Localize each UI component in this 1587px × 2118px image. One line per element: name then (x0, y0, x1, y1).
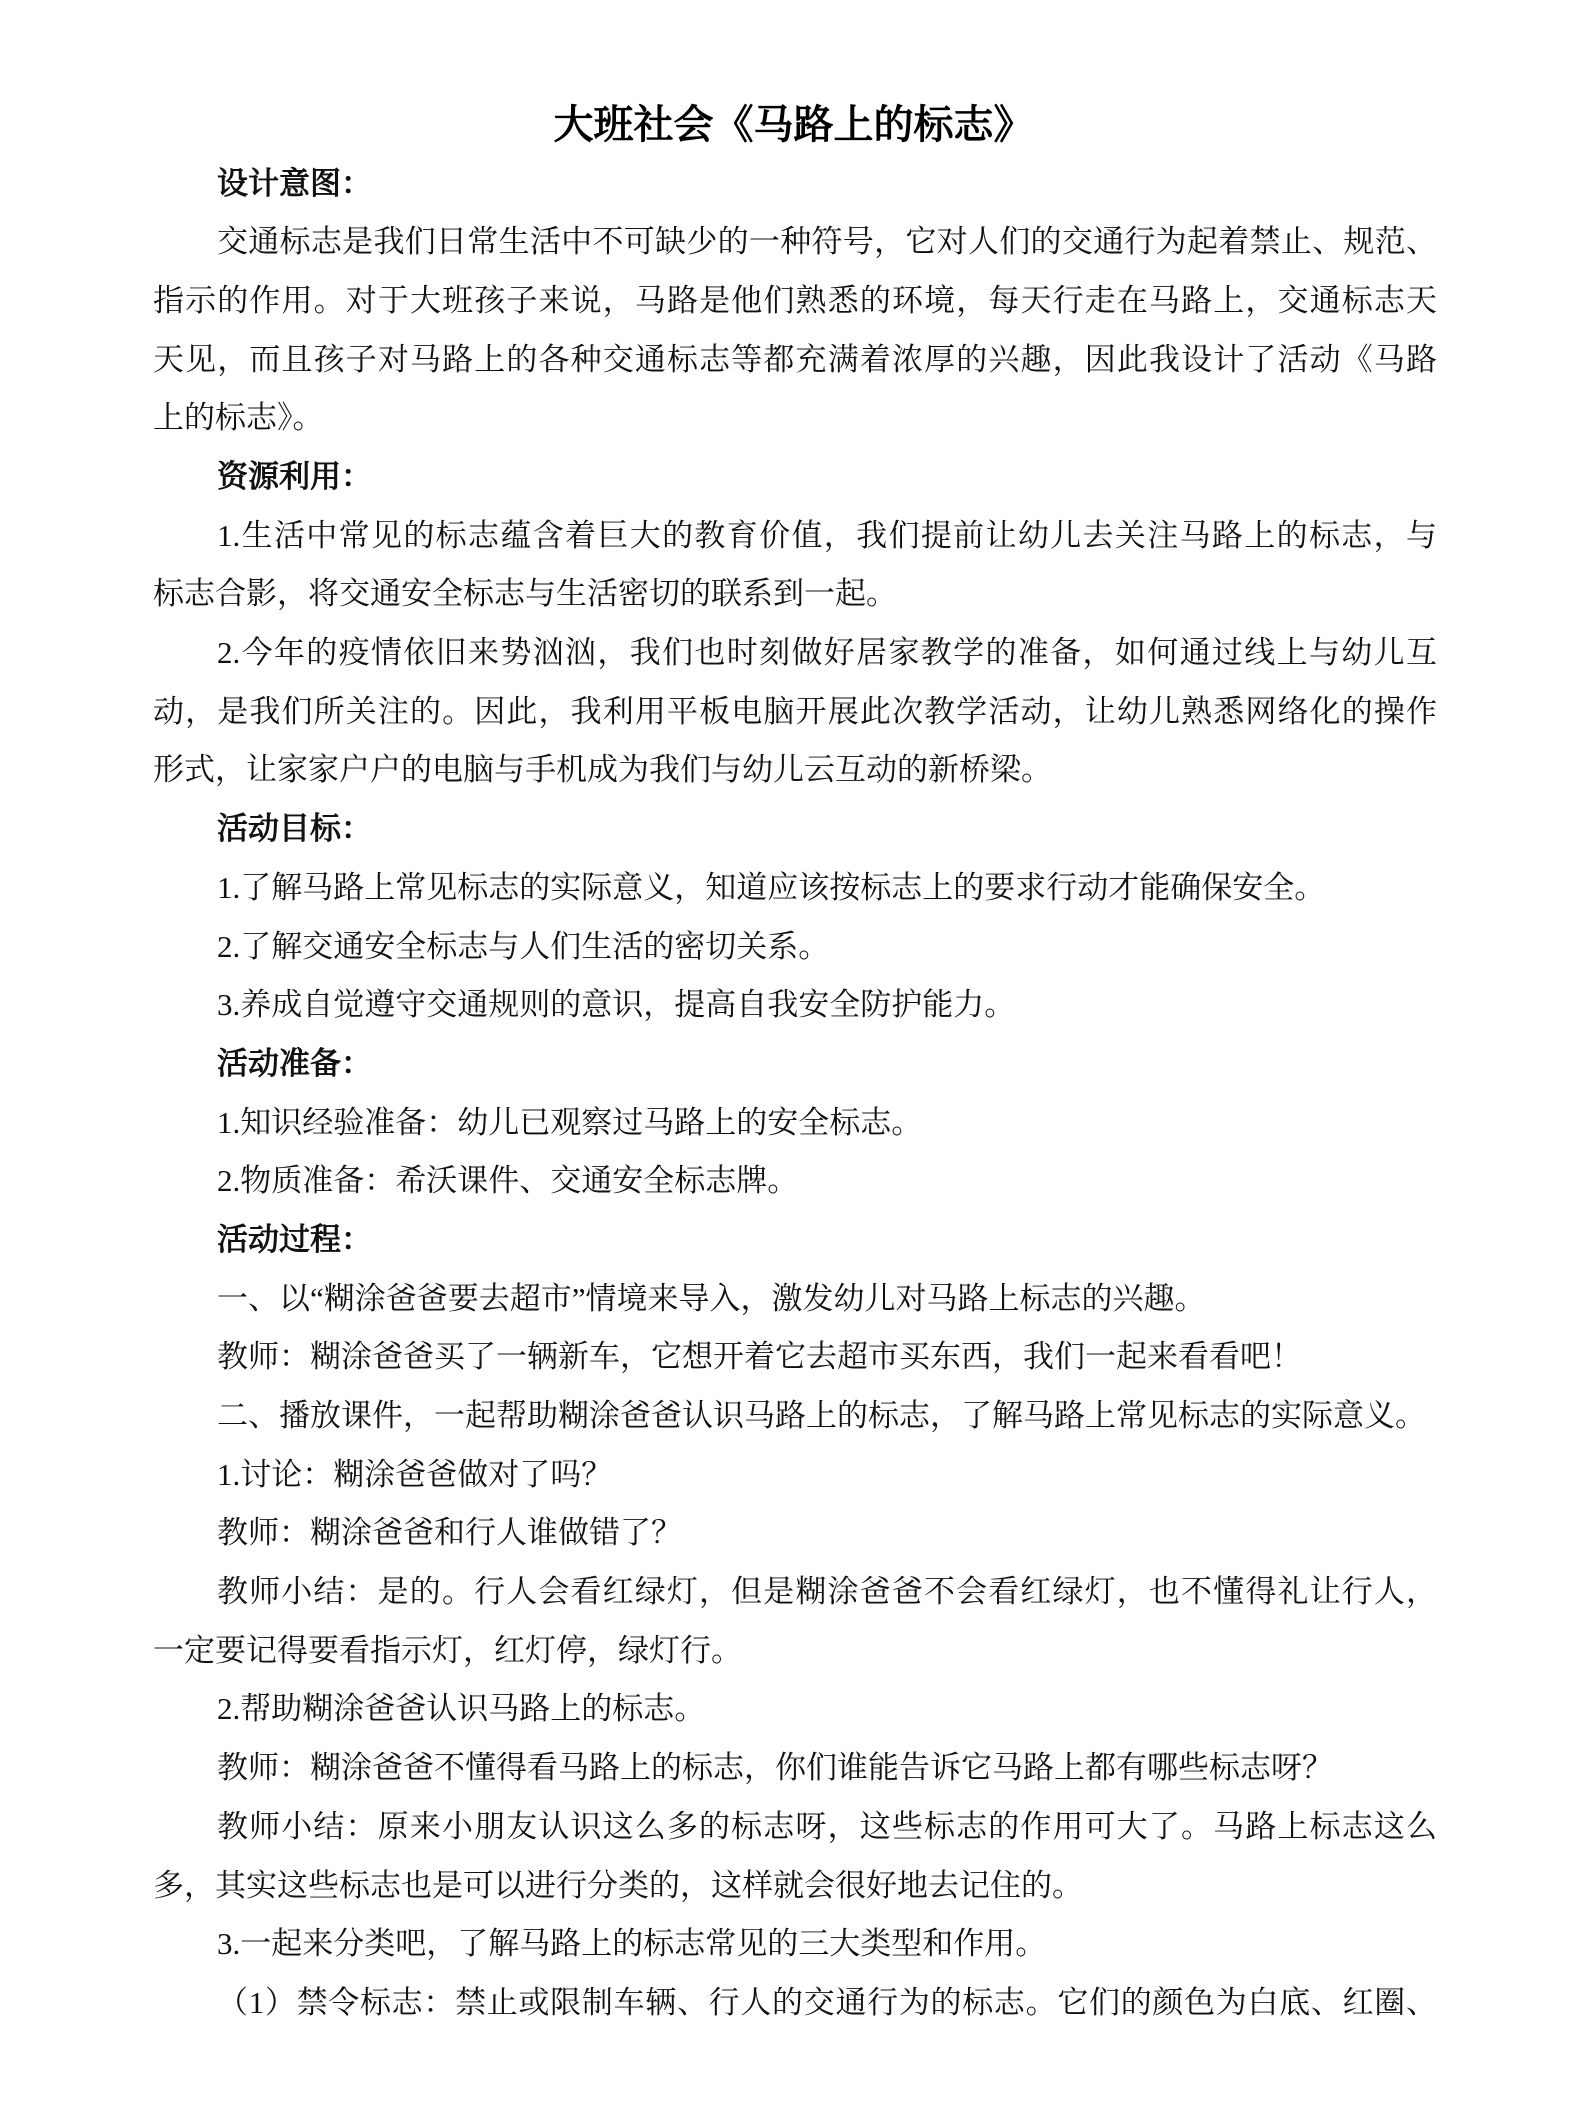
paragraph-line: 教师：糊涂爸爸不懂得看马路上的标志，你们谁能告诉它马路上都有哪些标志呀？ (153, 1739, 1437, 1798)
paragraph-line: 二、播放课件，一起帮助糊涂爸爸认识马路上的标志，了解马路上常见标志的实际意义。 (153, 1387, 1437, 1446)
paragraph-line: 2.今年的疫情依旧来势汹汹，我们也时刻做好居家教学的准备，如何通过线上与幼儿互 (153, 624, 1437, 683)
paragraph-line: 天见，而且孩子对马路上的各种交通标志等都充满着浓厚的兴趣，因此我设计了活动《马路 (153, 331, 1437, 390)
paragraph-line: 3.一起来分类吧，了解马路上的标志常见的三大类型和作用。 (153, 1915, 1437, 1974)
paragraph-line: 标志合影，将交通安全标志与生活密切的联系到一起。 (153, 565, 1437, 624)
section-heading-design-intent: 设计意图： (153, 155, 1437, 214)
paragraph-line: 一、以“糊涂爸爸要去超市”情境来导入，激发幼儿对马路上标志的兴趣。 (153, 1270, 1437, 1329)
paragraph-line: 教师小结：是的。行人会看红绿灯，但是糊涂爸爸不会看红绿灯，也不懂得礼让行人， (153, 1563, 1437, 1622)
document-body: 设计意图： 交通标志是我们日常生活中不可缺少的一种符号，它对人们的交通行为起着禁… (153, 155, 1437, 2033)
paragraph-line: 交通标志是我们日常生活中不可缺少的一种符号，它对人们的交通行为起着禁止、规范、 (153, 213, 1437, 272)
paragraph-line: （1）禁令标志：禁止或限制车辆、行人的交通行为的标志。它们的颜色为白底、红圈、 (153, 1974, 1437, 2033)
list-item: 2.物质准备：希沃课件、交通安全标志牌。 (153, 1152, 1437, 1211)
list-item: 2.了解交通安全标志与人们生活的密切关系。 (153, 918, 1437, 977)
list-item: 1.知识经验准备：幼儿已观察过马路上的安全标志。 (153, 1094, 1437, 1153)
paragraph-line: 教师小结：原来小朋友认识这么多的标志呀，这些标志的作用可大了。马路上标志这么 (153, 1798, 1437, 1857)
paragraph-line: 多，其实这些标志也是可以进行分类的，这样就会很好地去记住的。 (153, 1857, 1437, 1916)
paragraph-line: 1.讨论：糊涂爸爸做对了吗？ (153, 1446, 1437, 1505)
paragraph-line: 动，是我们所关注的。因此，我利用平板电脑开展此次教学活动，让幼儿熟悉网络化的操作 (153, 683, 1437, 742)
list-item: 3.养成自觉遵守交通规则的意识，提高自我安全防护能力。 (153, 976, 1437, 1035)
paragraph-line: 2.帮助糊涂爸爸认识马路上的标志。 (153, 1680, 1437, 1739)
section-heading-preparation: 活动准备： (153, 1035, 1437, 1094)
paragraph-line: 1.生活中常见的标志蕴含着巨大的教育价值，我们提前让幼儿去关注马路上的标志，与 (153, 507, 1437, 566)
paragraph-line: 上的标志》。 (153, 389, 1437, 448)
paragraph-line: 形式，让家家户户的电脑与手机成为我们与幼儿云互动的新桥梁。 (153, 741, 1437, 800)
paragraph-line: 指示的作用。对于大班孩子来说，马路是他们熟悉的环境，每天行走在马路上，交通标志天 (153, 272, 1437, 331)
paragraph-line: 教师：糊涂爸爸和行人谁做错了？ (153, 1504, 1437, 1563)
paragraph-line: 一定要记得要看指示灯，红灯停，绿灯行。 (153, 1622, 1437, 1681)
list-item: 1.了解马路上常见标志的实际意义，知道应该按标志上的要求行动才能确保安全。 (153, 859, 1437, 918)
section-heading-resources: 资源利用： (153, 448, 1437, 507)
section-heading-process: 活动过程： (153, 1211, 1437, 1270)
paragraph-line: 教师：糊涂爸爸买了一辆新车，它想开着它去超市买东西，我们一起来看看吧！ (153, 1328, 1437, 1387)
section-heading-goals: 活动目标： (153, 800, 1437, 859)
document-title: 大班社会《马路上的标志》 (0, 100, 1587, 150)
